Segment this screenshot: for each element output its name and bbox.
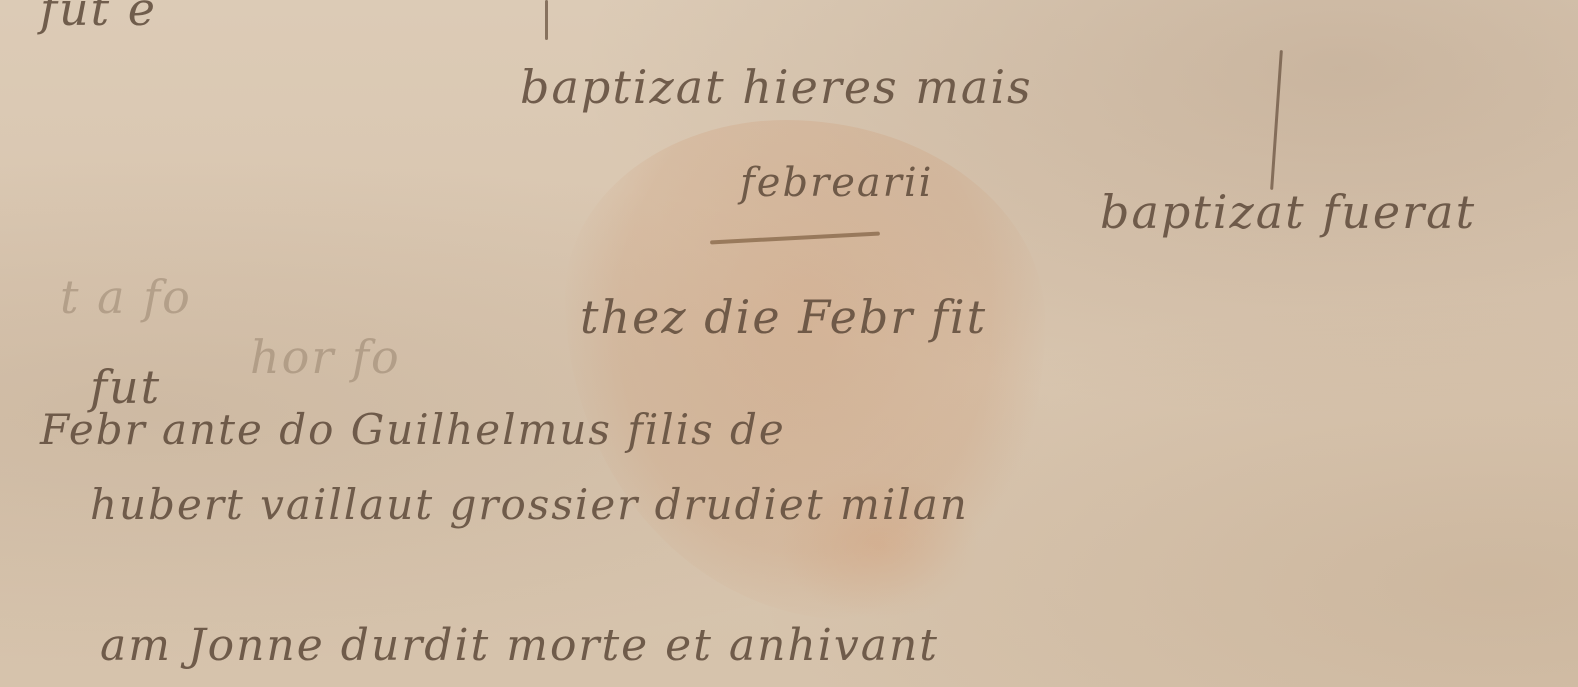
handwritten-line: thez die Febr fit xyxy=(580,290,987,344)
handwritten-line: febrearii xyxy=(740,160,933,206)
handwritten-line: am Jonne durdit morte et anhivant xyxy=(100,620,939,671)
manuscript-page: t a fo hor fo fut e baptizat hieres mais… xyxy=(0,0,1578,687)
handwritten-line: hubert vaillaut grossier drudiet milan xyxy=(90,480,969,529)
ink-stroke xyxy=(1270,50,1283,190)
handwritten-line: fut e xyxy=(40,0,157,36)
handwritten-line: baptizat hieres mais xyxy=(520,60,1033,114)
faint-mark: hor fo xyxy=(250,330,401,384)
handwritten-line: baptizat fuerat xyxy=(1100,185,1476,239)
faint-mark: t a fo xyxy=(60,270,192,324)
handwritten-line: Febr ante do Guilhelmus filis de xyxy=(40,405,786,454)
ink-stroke xyxy=(545,0,548,40)
